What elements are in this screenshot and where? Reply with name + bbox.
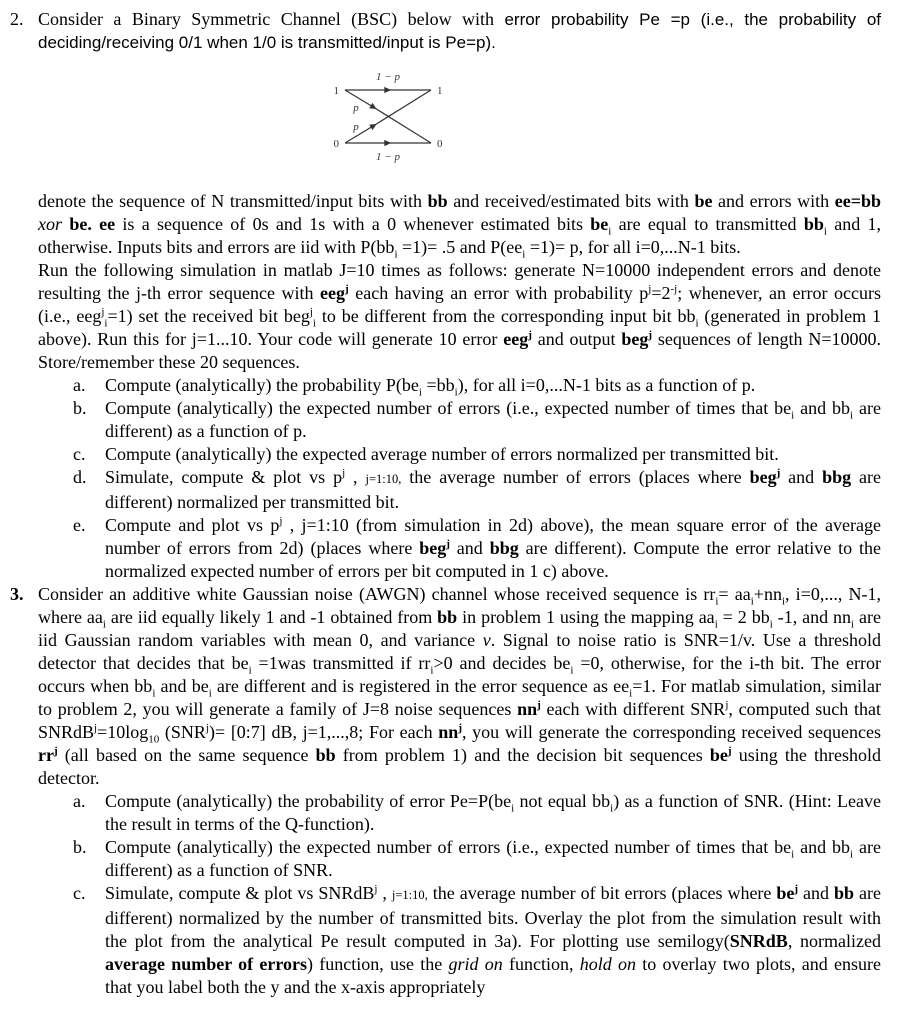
text-run: nn xyxy=(438,722,458,742)
text-run: bb xyxy=(428,191,448,211)
text-run: in problem 1 using the mapping aa xyxy=(457,607,714,627)
text-run: is a sequence of 0s and 1s with a 0 when… xyxy=(115,214,590,234)
bsc-diagram-svg: 1 1 0 0 1 − p 1 − p p p xyxy=(325,70,457,166)
text-run: eeg xyxy=(503,329,528,349)
text-run: ee=bb xyxy=(835,191,881,211)
label-upper-p: p xyxy=(352,102,359,114)
text-run: to be different from the corresponding i… xyxy=(316,306,695,326)
text-run: =10log xyxy=(97,722,148,742)
text-run: >0 and decides be xyxy=(433,653,570,673)
node-output-1: 1 xyxy=(437,85,443,97)
text-run: j=1:10, xyxy=(365,472,401,486)
text-run: bbg xyxy=(822,467,851,487)
item-marker: c. xyxy=(73,882,86,905)
text-run: , normalized xyxy=(788,931,881,951)
text-run: Compute and plot vs p xyxy=(105,515,279,535)
list-item: c.Compute (analytically) the expected av… xyxy=(105,443,881,466)
item-marker: d. xyxy=(73,466,87,489)
text-run: are iid equally likely 1 and -1 obtained… xyxy=(106,607,437,627)
text-run: , you will generate the corresponding re… xyxy=(462,722,881,742)
list-item: a.Compute (analytically) the probability… xyxy=(105,790,881,836)
text-run: and xyxy=(798,883,834,903)
node-input-0: 0 xyxy=(334,138,340,150)
text-run: =1) set the received bit beg xyxy=(107,306,309,326)
item-marker: a. xyxy=(73,790,86,813)
text-run: be. xyxy=(69,214,92,234)
text-run: are different and is registered in the e… xyxy=(212,676,629,696)
label-top-1-minus-p: 1 − p xyxy=(376,71,400,83)
text-run: denote the sequence of N transmitted/inp… xyxy=(38,191,428,211)
text-run: Simulate, compute & plot vs SNRdB xyxy=(105,883,374,903)
text-run: v xyxy=(483,630,491,650)
text-run: each having an error with probability p xyxy=(349,283,649,303)
text-run: ee xyxy=(99,214,115,234)
text-run: =1)= p, for all i=0,...N-1 bits. xyxy=(525,237,740,257)
document-page: 2.Consider a Binary Symmetric Channel (B… xyxy=(0,0,909,1024)
text-run: and errors with xyxy=(712,191,834,211)
text-run: j xyxy=(310,306,313,318)
text-run: and be xyxy=(155,676,208,696)
list-item: d.Simulate, compute & plot vs pj , j=1:1… xyxy=(105,466,881,514)
item-marker: c. xyxy=(73,443,86,466)
text-run: )= [0:7] dB, j=1,...,8; For each xyxy=(209,722,438,742)
paragraph: Run the following simulation in matlab J… xyxy=(38,259,881,374)
text-run: beg xyxy=(621,329,648,349)
text-run: bb xyxy=(834,883,854,903)
text-run: and received/estimated bits with xyxy=(448,191,695,211)
text-run: +nn xyxy=(754,584,782,604)
text-run: nn xyxy=(517,699,537,719)
text-run: be xyxy=(590,214,608,234)
text-run: bb xyxy=(437,607,457,627)
item-marker: a. xyxy=(73,374,86,397)
node-input-1: 1 xyxy=(334,85,340,97)
text-run: be xyxy=(776,883,794,903)
text-run: hold on xyxy=(580,954,636,974)
item-marker: b. xyxy=(73,397,87,420)
text-run: SNRdB xyxy=(730,931,788,951)
text-run: ) function, use the xyxy=(307,954,448,974)
text-run: (SNR xyxy=(159,722,206,742)
text-run: and bb xyxy=(794,398,850,418)
text-run: each with different SNR xyxy=(541,699,726,719)
item-marker: e. xyxy=(73,514,86,537)
text-run: 10 xyxy=(148,734,159,746)
text-run: beg xyxy=(419,538,446,558)
text-run: not equal bb xyxy=(514,791,610,811)
text-run: bb xyxy=(316,745,336,765)
list-item: b.Compute (analytically) the expected nu… xyxy=(105,397,881,443)
text-run: grid on xyxy=(449,954,503,974)
text-run: (all based on the same sequence xyxy=(58,745,316,765)
text-run: be xyxy=(710,745,728,765)
text-run: are equal to transmitted xyxy=(611,214,803,234)
text-run: , xyxy=(345,467,365,487)
text-run: Compute (analytically) the expected numb… xyxy=(105,398,791,418)
text-run: eeg xyxy=(320,283,345,303)
text-run: bb xyxy=(804,214,824,234)
paragraph: 3.Consider an additive white Gaussian no… xyxy=(38,583,881,790)
text-run: beg xyxy=(750,467,777,487)
text-run: bbg xyxy=(490,538,519,558)
text-run: and bb xyxy=(794,837,850,857)
label-bottom-1-minus-p: 1 − p xyxy=(376,151,400,163)
text-run: Consider an additive white Gaussian nois… xyxy=(38,584,715,604)
text-run: ), for all i=0,...N-1 bits as a function… xyxy=(458,375,756,395)
text-run: Compute (analytically) the probability P… xyxy=(105,375,419,395)
label-lower-p: p xyxy=(352,121,359,133)
list-item: a.Compute (analytically) the probability… xyxy=(105,374,881,397)
text-run: Compute (analytically) the probability o… xyxy=(105,791,511,811)
text-run: Consider a Binary Symmetric Channel (BSC… xyxy=(38,9,504,29)
text-run: function, xyxy=(503,954,580,974)
text-run: =1was transmitted if rr xyxy=(252,653,431,673)
text-run: be xyxy=(694,191,712,211)
text-run: from problem 1) and the decision bit seq… xyxy=(336,745,710,765)
text-run: and xyxy=(450,538,490,558)
text-run: j xyxy=(101,306,104,318)
text-run: , xyxy=(377,883,391,903)
item-marker: 3. xyxy=(10,583,24,606)
text-run: j=1:10, xyxy=(392,888,428,902)
text-run: xor xyxy=(38,214,62,234)
text-run: -1, and nn xyxy=(773,607,851,627)
paragraph: 2.Consider a Binary Symmetric Channel (B… xyxy=(38,8,881,54)
text-run: average number of errors xyxy=(105,954,307,974)
paragraph: denote the sequence of N transmitted/inp… xyxy=(38,190,881,259)
bsc-figure: 1 1 0 0 1 − p 1 − p p p xyxy=(325,70,457,166)
text-run: = 2 bb xyxy=(718,607,770,627)
text-run: and xyxy=(780,467,822,487)
text-run: =1)= .5 and P(ee xyxy=(398,237,523,257)
text-run: and output xyxy=(532,329,622,349)
node-output-0: 0 xyxy=(437,138,443,150)
list-item: b.Compute (analytically) the expected nu… xyxy=(105,836,881,882)
text-run: =bb xyxy=(422,375,455,395)
list-item: c.Simulate, compute & plot vs SNRdBj , j… xyxy=(105,882,881,999)
text-run: Compute (analytically) the expected aver… xyxy=(105,444,779,464)
text-run: rr xyxy=(38,745,54,765)
text-run: =2 xyxy=(651,283,670,303)
item-marker: 2. xyxy=(10,8,24,31)
text-run: = aa xyxy=(718,584,750,604)
text-run: Simulate, compute & plot vs p xyxy=(105,467,342,487)
text-run: the average number of errors (places whe… xyxy=(401,467,749,487)
item-marker: b. xyxy=(73,836,87,859)
list-item: e.Compute and plot vs pj , j=1:10 (from … xyxy=(105,514,881,583)
text-run: the average number of bit errors (places… xyxy=(428,883,777,903)
text-run: Compute (analytically) the expected numb… xyxy=(105,837,791,857)
